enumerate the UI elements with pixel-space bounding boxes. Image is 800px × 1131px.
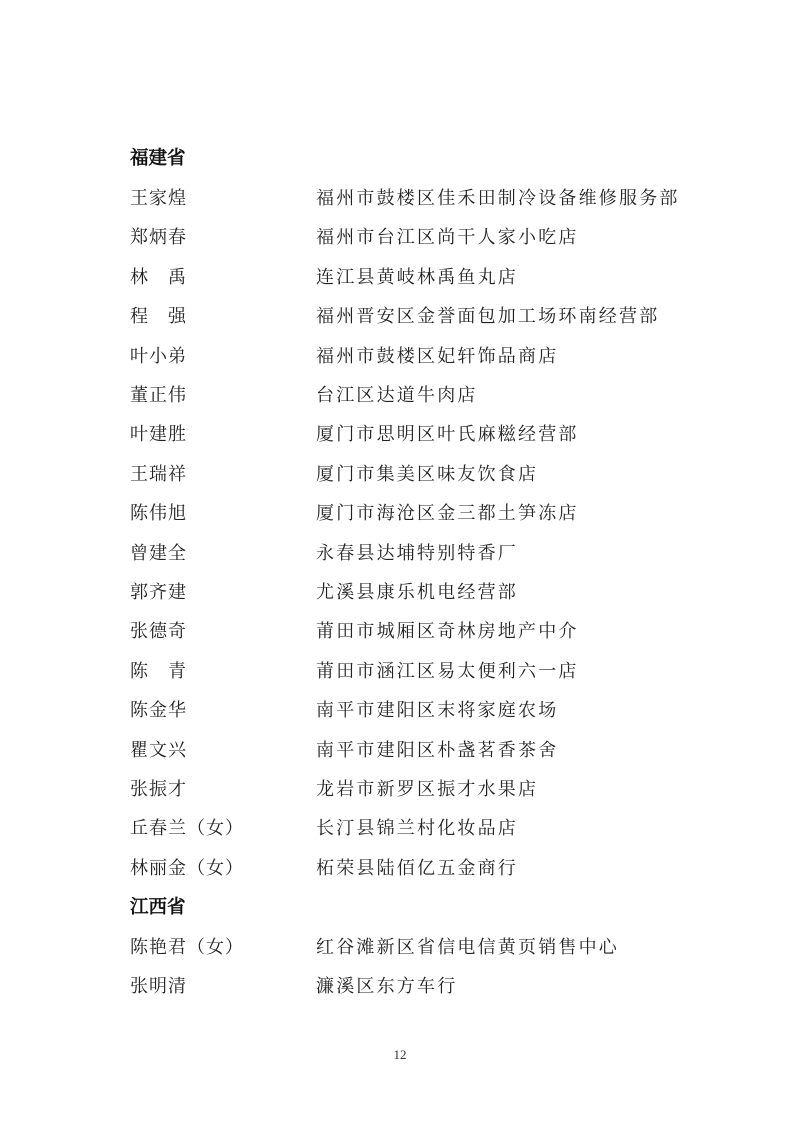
person-name: 王家煌: [130, 190, 316, 208]
person-name: 郑炳春: [130, 229, 316, 247]
person-name: 张振才: [130, 781, 316, 799]
list-item: 陈伟旭 厦门市海沧区金三都土笋冻店: [130, 495, 690, 534]
person-name: 陈艳君（女）: [130, 939, 316, 957]
person-name: 董正伟: [130, 387, 316, 405]
business-name: 南平市建阳区末将家庭农场: [316, 702, 558, 720]
person-name: 林 禹: [130, 269, 316, 287]
province-heading: 江西省: [130, 888, 690, 927]
person-name: 林丽金（女）: [130, 860, 316, 878]
list-item: 叶建胜 厦门市思明区叶氏麻糍经营部: [130, 416, 690, 455]
person-name: 叶建胜: [130, 426, 316, 444]
list-item: 王瑞祥 厦门市集美区味友饮食店: [130, 455, 690, 494]
business-name: 永春县达埔特别特香厂: [316, 545, 518, 563]
business-name: 台江区达道牛肉店: [316, 387, 478, 405]
business-name: 厦门市思明区叶氏麻糍经营部: [316, 426, 579, 444]
business-name: 莆田市城厢区奇林房地产中介: [316, 623, 579, 641]
person-name: 郭齐建: [130, 584, 316, 602]
list-item: 张振才 龙岩市新罗区振才水果店: [130, 770, 690, 809]
person-name: 陈伟旭: [130, 505, 316, 523]
list-item: 程 强 福州晋安区金誉面包加工场环南经营部: [130, 298, 690, 337]
list-item: 郭齐建 尤溪县康乐机电经营部: [130, 573, 690, 612]
list-item: 林 禹 连江县黄岐林禹鱼丸店: [130, 258, 690, 297]
business-name: 福州市鼓楼区佳禾田制冷设备维修服务部: [316, 190, 680, 208]
person-name: 瞿文兴: [130, 742, 316, 760]
person-name: 陈金华: [130, 702, 316, 720]
person-name: 丘春兰（女）: [130, 820, 316, 838]
list-item: 曾建全 永春县达埔特别特香厂: [130, 534, 690, 573]
business-name: 厦门市海沧区金三都土笋冻店: [316, 505, 579, 523]
person-name: 张德奇: [130, 623, 316, 641]
business-name: 红谷滩新区省信电信黄页销售中心: [316, 939, 619, 957]
province-heading: 福建省: [130, 140, 690, 179]
list-item: 董正伟 台江区达道牛肉店: [130, 376, 690, 415]
honoree-list: 福建省 王家煌 福州市鼓楼区佳禾田制冷设备维修服务部 郑炳春 福州市台江区尚干人…: [130, 140, 690, 1007]
business-name: 龙岩市新罗区振才水果店: [316, 781, 538, 799]
list-item: 王家煌 福州市鼓楼区佳禾田制冷设备维修服务部: [130, 179, 690, 218]
document-page: 福建省 王家煌 福州市鼓楼区佳禾田制冷设备维修服务部 郑炳春 福州市台江区尚干人…: [0, 0, 800, 1131]
list-item: 陈 青 莆田市涵江区易太便利六一店: [130, 652, 690, 691]
list-item: 陈金华 南平市建阳区末将家庭农场: [130, 691, 690, 730]
list-item: 林丽金（女） 柘荣县陆佰亿五金商行: [130, 849, 690, 888]
page-number: 12: [0, 1047, 800, 1063]
business-name: 长汀县锦兰村化妆品店: [316, 820, 518, 838]
business-name: 柘荣县陆佰亿五金商行: [316, 860, 518, 878]
person-name: 程 强: [130, 308, 316, 326]
business-name: 福州市鼓楼区妃轩饰品商店: [316, 348, 558, 366]
person-name: 曾建全: [130, 545, 316, 563]
business-name: 南平市建阳区朴盏茗香茶舍: [316, 742, 558, 760]
business-name: 莆田市涵江区易太便利六一店: [316, 663, 579, 681]
list-item: 郑炳春 福州市台江区尚干人家小吃店: [130, 219, 690, 258]
business-name: 濂溪区东方车行: [316, 978, 457, 996]
person-name: 叶小弟: [130, 348, 316, 366]
list-item: 张明清 濂溪区东方车行: [130, 967, 690, 1006]
person-name: 陈 青: [130, 663, 316, 681]
list-item: 叶小弟 福州市鼓楼区妃轩饰品商店: [130, 337, 690, 376]
business-name: 福州晋安区金誉面包加工场环南经营部: [316, 308, 659, 326]
list-item: 陈艳君（女） 红谷滩新区省信电信黄页销售中心: [130, 928, 690, 967]
business-name: 连江县黄岐林禹鱼丸店: [316, 269, 518, 287]
person-name: 王瑞祥: [130, 466, 316, 484]
business-name: 尤溪县康乐机电经营部: [316, 584, 518, 602]
person-name: 张明清: [130, 978, 316, 996]
business-name: 厦门市集美区味友饮食店: [316, 466, 538, 484]
list-item: 瞿文兴 南平市建阳区朴盏茗香茶舍: [130, 731, 690, 770]
list-item: 丘春兰（女） 长汀县锦兰村化妆品店: [130, 810, 690, 849]
list-item: 张德奇 莆田市城厢区奇林房地产中介: [130, 613, 690, 652]
business-name: 福州市台江区尚干人家小吃店: [316, 229, 579, 247]
